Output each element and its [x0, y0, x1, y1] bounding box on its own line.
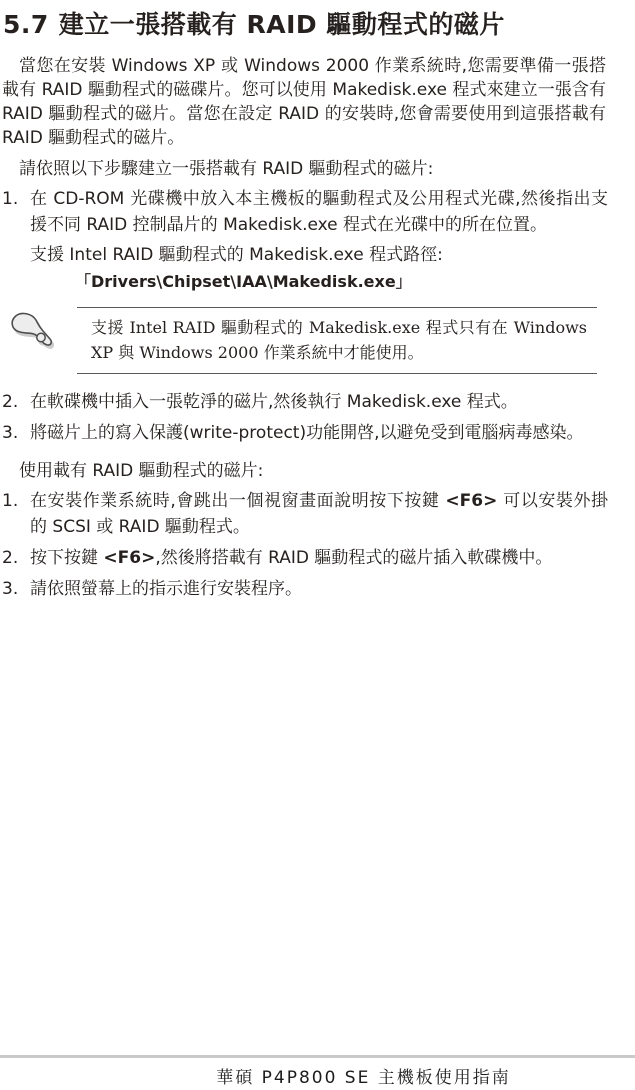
step-text: 在軟碟機中插入一張乾淨的磁片,然後執行 Makedisk.exe 程式。 [30, 389, 608, 415]
step-marker: 1. [2, 186, 30, 238]
step-text-post: ,然後將搭載有 RAID 驅動程式的磁片插入軟碟機中。 [155, 548, 552, 568]
pointing-hand-icon [9, 310, 55, 356]
f6-key-label: <F6> [103, 548, 155, 568]
create-steps-intro: 請依照以下步驟建立一張搭載有 RAID 驅動程式的磁片: [2, 157, 606, 181]
create-step-2: 2. 在軟碟機中插入一張乾淨的磁片,然後執行 Makedisk.exe 程式。 [2, 389, 608, 415]
intro-paragraph: 當您在安裝 Windows XP 或 Windows 2000 作業系統時,您需… [2, 54, 606, 150]
note-box: 支援 Intel RAID 驅動程式的 Makedisk.exe 程式只有在 W… [77, 307, 597, 374]
step-marker: 2. [2, 545, 30, 571]
step-marker: 3. [2, 420, 30, 446]
use-step-2: 2. 按下按鍵 <F6>,然後將搭載有 RAID 驅動程式的磁片插入軟碟機中。 [2, 545, 608, 571]
step-text-pre: 在安裝作業系統時,會跳出一個視窗畫面說明按下按鍵 [30, 491, 445, 511]
use-step-3: 3. 請依照螢幕上的指示進行安裝程序。 [2, 576, 608, 602]
page-content: 5.7建立一張搭載有 RAID 驅動程式的磁片 當您在安裝 Windows XP… [0, 0, 635, 602]
create-step-1: 1. 在 CD-ROM 光碟機中放入本主機板的驅動程式及公用程式光碟,然後指出支… [2, 186, 608, 238]
step-text: 在安裝作業系統時,會跳出一個視窗畫面說明按下按鍵 <F6> 可以安裝外掛的 SC… [30, 488, 608, 540]
step-text: 在 CD-ROM 光碟機中放入本主機板的驅動程式及公用程式光碟,然後指出支援不同… [30, 186, 608, 238]
use-step-1: 1. 在安裝作業系統時,會跳出一個視窗畫面說明按下按鍵 <F6> 可以安裝外掛的… [2, 488, 608, 540]
section-number: 5.7 [3, 10, 49, 39]
use-disk-intro: 使用載有 RAID 驅動程式的磁片: [2, 459, 606, 483]
section-heading: 5.7建立一張搭載有 RAID 驅動程式的磁片 [3, 5, 609, 41]
manual-page: 5.7建立一張搭載有 RAID 驅動程式的磁片 當您在安裝 Windows XP… [0, 0, 635, 1090]
section-title: 建立一張搭載有 RAID 驅動程式的磁片 [59, 10, 505, 39]
intel-path-label: 支援 Intel RAID 驅動程式的 Makedisk.exe 程式路徑: [30, 243, 609, 267]
step-marker: 3. [2, 576, 30, 602]
footer-divider [0, 1055, 635, 1058]
step-text-pre: 按下按鍵 [30, 548, 103, 568]
create-step-3: 3. 將磁片上的寫入保護(write-protect)功能開啓,以避免受到電腦病… [2, 420, 608, 446]
step-marker: 2. [2, 389, 30, 415]
step-text: 請依照螢幕上的指示進行安裝程序。 [30, 576, 608, 602]
note-text: 支援 Intel RAID 驅動程式的 Makedisk.exe 程式只有在 W… [77, 307, 597, 374]
f6-key-label: <F6> [445, 491, 497, 511]
step-marker: 1. [2, 488, 30, 540]
intel-makedisk-path: 「Drivers\Chipset\IAA\Makedisk.exe」 [75, 270, 609, 294]
step-text: 將磁片上的寫入保護(write-protect)功能開啓,以避免受到電腦病毒感染… [30, 420, 608, 446]
footer-title: 華碩 P4P800 SE 主機板使用指南 [0, 1063, 635, 1088]
step-text: 按下按鍵 <F6>,然後將搭載有 RAID 驅動程式的磁片插入軟碟機中。 [30, 545, 608, 571]
